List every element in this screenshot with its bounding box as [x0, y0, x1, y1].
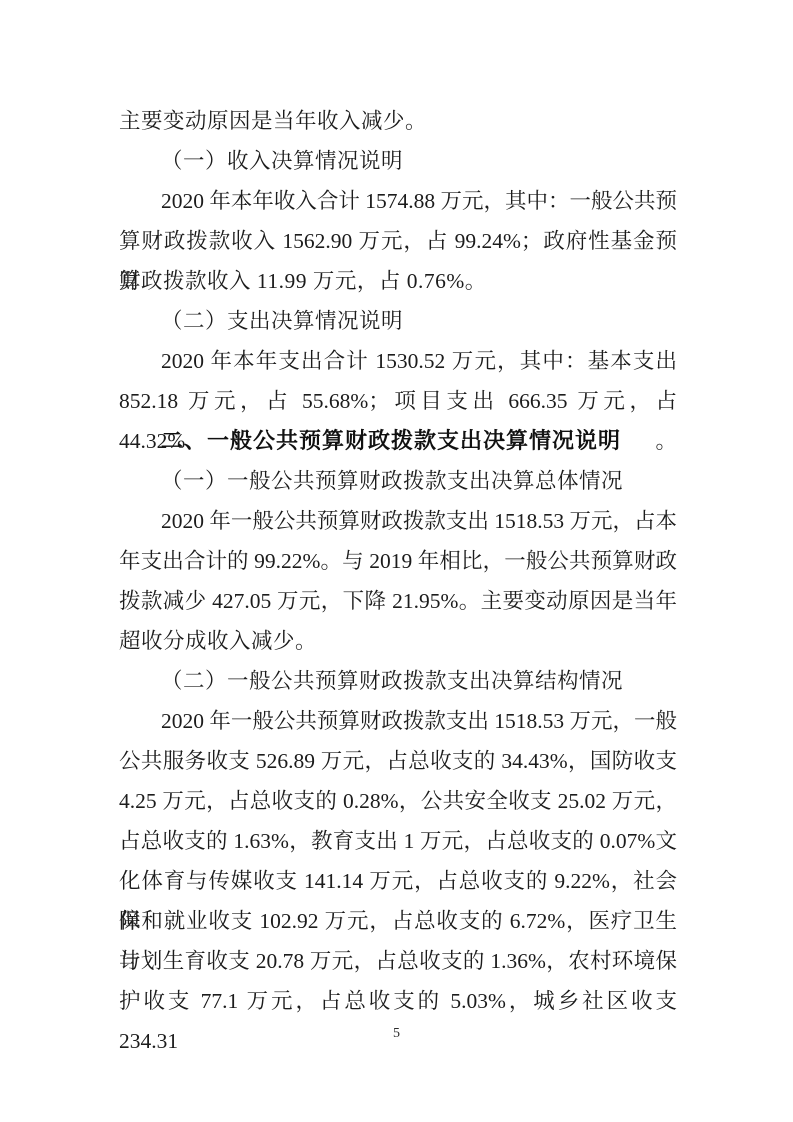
text-line: 护收支 77.1 万元，占总收支的 5.03%，城乡社区收支 234.31	[119, 981, 677, 1021]
text-line: 852.18 万元，占 55.68%；项目支出 666.35 万元，占 44.3…	[119, 381, 677, 421]
text-line: 计划生育收支 20.78 万元，占总收支的 1.36%，农村环境保	[119, 941, 677, 981]
text-line: 2020 年本年支出合计 1530.52 万元，其中：基本支出	[119, 341, 677, 381]
text-line: 财政拨款收入 11.99 万元，占 0.76%。	[119, 261, 677, 301]
text-line: 障和就业收支 102.92 万元，占总收支的 6.72%，医疗卫生与	[119, 901, 677, 941]
text-line: 2020 年本年收入合计 1574.88 万元，其中：一般公共预	[119, 181, 677, 221]
page-number: 5	[0, 1022, 793, 1046]
document-page: 主要变动原因是当年收入减少。 （一）收入决算情况说明 2020 年本年收入合计 …	[0, 0, 793, 1122]
text-line: 主要变动原因是当年收入减少。	[119, 101, 677, 141]
text-line: 占总收支的 1.63%，教育支出 1 万元，占总收支的 0.07%文	[119, 821, 677, 861]
text-line: 年支出合计的 99.22%。与 2019 年相比，一般公共预算财政	[119, 541, 677, 581]
text-line: 化体育与传媒收支 141.14 万元，占总收支的 9.22%，社会保	[119, 861, 677, 901]
text-line: 超收分成收入减少。	[119, 621, 677, 661]
text-line: 2020 年一般公共预算财政拨款支出 1518.53 万元，一般	[119, 701, 677, 741]
text-line: 4.25 万元，占总收支的 0.28%，公共安全收支 25.02 万元，	[119, 781, 677, 821]
text-line: 公共服务收支 526.89 万元，占总收支的 34.43%，国防收支	[119, 741, 677, 781]
document-body: 主要变动原因是当年收入减少。 （一）收入决算情况说明 2020 年本年收入合计 …	[119, 101, 677, 1021]
section-subheading: （一）收入决算情况说明	[119, 141, 677, 181]
section-heading: 二、一般公共预算财政拨款支出决算情况说明	[119, 421, 677, 461]
section-subheading: （一）一般公共预算财政拨款支出决算总体情况	[119, 461, 677, 501]
text-line: 算财政拨款收入 1562.90 万元，占 99.24%；政府性基金预算	[119, 221, 677, 261]
text-line: 拨款减少 427.05 万元，下降 21.95%。主要变动原因是当年	[119, 581, 677, 621]
section-subheading: （二）支出决算情况说明	[119, 301, 677, 341]
text-line: 2020 年一般公共预算财政拨款支出 1518.53 万元，占本	[119, 501, 677, 541]
section-subheading: （二）一般公共预算财政拨款支出决算结构情况	[119, 661, 677, 701]
